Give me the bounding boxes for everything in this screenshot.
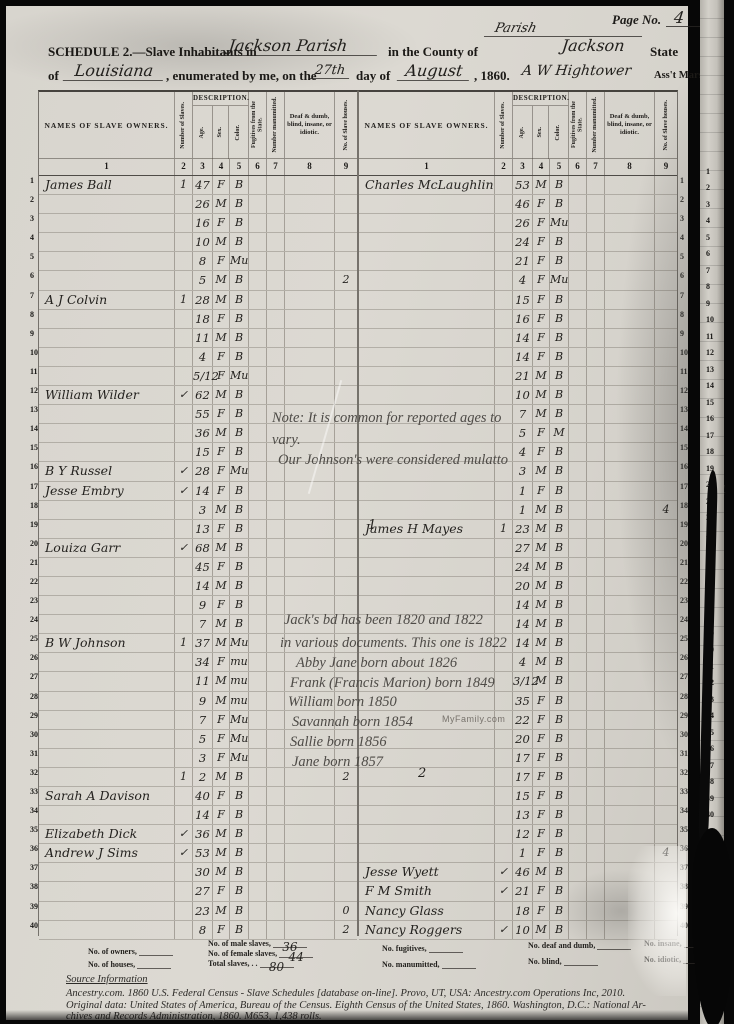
owner-name-cell (39, 615, 175, 633)
age-cell: 62 (193, 386, 213, 404)
total-dots: . . (252, 959, 258, 968)
owner-name-cell (359, 386, 495, 404)
manumitted-cell (267, 844, 285, 862)
right-table-row: 46FB (359, 195, 677, 214)
slave-count-cell (495, 844, 513, 862)
color-cell: B (550, 596, 569, 614)
owner-name-cell: William Wilder (39, 386, 175, 404)
census-scan-viewer: { "header": { "page_no_label": "Page No.… (0, 0, 734, 1024)
manumitted-cell (267, 252, 285, 270)
manumitted-cell (267, 921, 285, 939)
fugitives-cell (569, 482, 587, 500)
age-cell: 55 (193, 405, 213, 423)
deaf-dumb-cell (605, 405, 655, 423)
left-table-row: James Ball147FB (39, 176, 357, 195)
row-number: 15 (678, 439, 686, 458)
age-cell: 14 (193, 482, 213, 500)
color-cell: B (550, 176, 569, 194)
owner-name-cell (39, 443, 175, 461)
row-number: 39 (30, 898, 38, 917)
annotation-note-line3: Our Johnson's were considered mulatto (278, 452, 508, 469)
right-table-row: 21MB (359, 367, 677, 386)
left-table-row: 5/12FMu (39, 367, 357, 386)
owners-houses-group: No. of owners, No. of houses, (88, 946, 173, 972)
slave-houses-cell (335, 233, 357, 251)
sex-cell: M (213, 615, 230, 633)
slave-count-cell (175, 252, 193, 270)
deaf-dumb-cell (605, 615, 655, 633)
sex-cell: F (213, 711, 230, 729)
column-numbers-right: 123456789 (359, 158, 677, 176)
slave-count-cell (495, 176, 513, 194)
manumitted-cell (267, 501, 285, 519)
edge-row-number: 7 (706, 266, 710, 275)
slave-houses-cell (655, 558, 677, 576)
slave-houses-cell (655, 539, 677, 557)
right-table-row: 15FB (359, 291, 677, 310)
annotation-birth: William born 1850 (288, 694, 397, 711)
manumitted-cell (267, 558, 285, 576)
color-cell: B (550, 291, 569, 309)
row-number: 34 (678, 802, 686, 821)
sex-cell: F (213, 787, 230, 805)
slave-houses-cell (655, 787, 677, 805)
manumitted-cell (587, 634, 605, 652)
sex-cell: F (533, 692, 550, 710)
slave-houses-cell (655, 176, 677, 194)
age-cell: 7 (193, 615, 213, 633)
color-cell: B (230, 482, 249, 500)
deaf-dumb-cell (285, 329, 335, 347)
manumitted-cell (587, 558, 605, 576)
slave-count-cell (495, 825, 513, 843)
deaf-dumb-header-cell: Deaf & dumb, blind, insane, or idiotic. (285, 92, 335, 158)
page-no-value: 4 (673, 8, 686, 27)
slave-count-cell (495, 214, 513, 232)
slave-houses-cell (655, 634, 677, 652)
right-table-row: 13FB (359, 806, 677, 825)
row-number: 29 (678, 707, 686, 726)
slave-houses-cell (335, 310, 357, 328)
age-cell: 53 (193, 844, 213, 862)
myfamily-watermark: MyFamily.com (442, 714, 505, 724)
manumitted-cell (267, 233, 285, 251)
color-cell: mu (230, 653, 249, 671)
row-number: 19 (678, 516, 686, 535)
fugitives-cell (249, 882, 267, 900)
deaf-dumb-cell (285, 863, 335, 881)
fugitives-cell (569, 539, 587, 557)
owner-name-cell (39, 252, 175, 270)
sex-header-cell: Sex. (533, 106, 550, 159)
slave-houses-cell (335, 501, 357, 519)
color-cell: B (230, 787, 249, 805)
column-number: 6 (249, 159, 267, 175)
age-cell: 46 (513, 863, 533, 881)
row-number: 32 (678, 764, 686, 783)
slave-count-cell (175, 405, 193, 423)
age-cell: 20 (513, 577, 533, 595)
manumitted-cell (267, 730, 285, 748)
owner-name-cell: F M Smith (359, 882, 495, 900)
right-table-row: 14FB (359, 348, 677, 367)
slave-houses-cell (335, 291, 357, 309)
row-number: 16 (678, 458, 686, 477)
sex-cell: F (213, 806, 230, 824)
age-cell: 3/12 (513, 672, 533, 690)
age-cell: 13 (193, 520, 213, 538)
age-cell: 14 (193, 577, 213, 595)
deaf-dumb-cell (605, 749, 655, 767)
deaf-dumb-cell (605, 386, 655, 404)
edge-row-number: 6 (706, 249, 710, 258)
color-cell: B (550, 825, 569, 843)
column-number: 8 (605, 159, 655, 175)
age-cell: 36 (193, 825, 213, 843)
slave-count-cell (175, 520, 193, 538)
color-cell: B (550, 921, 569, 939)
color-cell: B (550, 882, 569, 900)
manumitted-cell (587, 405, 605, 423)
row-number: 24 (30, 611, 38, 630)
row-number: 13 (678, 401, 686, 420)
sex-cell: M (533, 653, 550, 671)
sex-cell: F (213, 310, 230, 328)
slave-houses-cell (655, 692, 677, 710)
slave-count-cell (495, 653, 513, 671)
age-cell: 21 (513, 882, 533, 900)
slave-houses-cell (655, 291, 677, 309)
color-cell: B (550, 252, 569, 270)
sex-cell: F (533, 291, 550, 309)
slave-count-cell (175, 596, 193, 614)
left-table-row: 8FMu (39, 252, 357, 271)
deaf-blind-group: No. deaf and dumb, No. blind, (528, 940, 631, 969)
owner-name-cell (359, 195, 495, 213)
slave-count-cell (495, 577, 513, 595)
deaf-dumb-cell (285, 921, 335, 939)
manumitted-cell (587, 367, 605, 385)
page-curl-highlight (628, 846, 686, 996)
fugitives-cell (569, 405, 587, 423)
column-number: 7 (587, 159, 605, 175)
row-number: 9 (30, 325, 38, 344)
column-number: 5 (230, 159, 249, 175)
fugitives-cell (569, 768, 587, 786)
left-table-row: 14FB (39, 806, 357, 825)
slave-count-cell (175, 367, 193, 385)
right-table-row: 17FB (359, 749, 677, 768)
row-number: 18 (30, 497, 38, 516)
deaf-dumb-cell (285, 501, 335, 519)
owner-name-cell (359, 271, 495, 289)
table-header-left: NAMES OF SLAVE OWNERS. Number of Slaves.… (39, 92, 357, 158)
sex-cell: M (213, 863, 230, 881)
annotation-jack-line2: in various documents. This one is 1822 (280, 635, 507, 652)
day-of-label: day of (356, 68, 390, 84)
deaf-dumb-cell (285, 787, 335, 805)
sex-cell: M (533, 462, 550, 480)
row-number: 2 (30, 191, 38, 210)
row-number: 35 (30, 821, 38, 840)
row-number: 1 (30, 172, 38, 191)
manumitted-cell (267, 711, 285, 729)
fugitives-cell (569, 520, 587, 538)
column-number: 9 (655, 159, 677, 175)
owner-name-cell (359, 787, 495, 805)
slave-houses-cell (655, 386, 677, 404)
slave-houses-cell (655, 271, 677, 289)
left-table-row: 30MB (39, 863, 357, 882)
table-header-right: NAMES OF SLAVE OWNERS. Number of Slaves.… (359, 92, 677, 158)
right-table-row: 35FB (359, 692, 677, 711)
houses-label: No. of houses, (88, 960, 135, 969)
slave-count-cell: ✓ (175, 386, 193, 404)
slave-houses-header-cell: No. of Slave houses. (655, 92, 677, 158)
slave-count-cell (175, 443, 193, 461)
manumitted-cell (587, 252, 605, 270)
slave-count-cell (175, 711, 193, 729)
age-cell: 4 (513, 653, 533, 671)
table-body-left: James Ball147FB26MB16FB10MB8FMu5MB2A J C… (39, 176, 357, 940)
manumitted-cell (587, 825, 605, 843)
slave-houses-cell (655, 348, 677, 366)
fugitives-cell (569, 367, 587, 385)
fugitives-cell (249, 844, 267, 862)
manumitted-cell (267, 863, 285, 881)
slave-houses-cell (655, 482, 677, 500)
deaf-dumb-cell (285, 806, 335, 824)
left-table-row: 4FB (39, 348, 357, 367)
fugitives-cell (569, 348, 587, 366)
fugitives-cell (569, 882, 587, 900)
slave-count-cell (495, 310, 513, 328)
slave-count-cell: ✓ (495, 863, 513, 881)
row-number: 19 (30, 516, 38, 535)
owner-name-cell (359, 291, 495, 309)
owner-name-cell (39, 882, 175, 900)
age-cell: 68 (193, 539, 213, 557)
age-cell: 16 (513, 310, 533, 328)
fugitives-cell (569, 501, 587, 519)
fugitives-cell (249, 863, 267, 881)
deaf-dumb-cell (605, 443, 655, 461)
fugitives-cell (249, 749, 267, 767)
age-cell: 7 (513, 405, 533, 423)
slave-houses-cell (335, 844, 357, 862)
column-number: 9 (335, 159, 357, 175)
sex-cell: M (533, 367, 550, 385)
sex-cell: F (533, 271, 550, 289)
slave-houses-cell (335, 558, 357, 576)
age-cell: 27 (193, 882, 213, 900)
sex-cell: M (213, 386, 230, 404)
names-header-cell: NAMES OF SLAVE OWNERS. (359, 92, 495, 158)
row-number: 30 (678, 726, 686, 745)
right-table-row: 14FB (359, 329, 677, 348)
age-cell: 5/12 (193, 367, 213, 385)
fugitives-cell (569, 844, 587, 862)
manumitted-cell (587, 386, 605, 404)
owner-name-cell (39, 749, 175, 767)
color-cell: B (230, 806, 249, 824)
fugitives-cell (249, 386, 267, 404)
deaf-dumb-cell (285, 386, 335, 404)
owner-name-cell (359, 310, 495, 328)
annotation-note-line1: Note: It is common for reported ages to (272, 410, 501, 427)
deaf-dumb-header-cell: Deaf & dumb, blind, insane, or idiotic. (605, 92, 655, 158)
manumitted-cell (587, 462, 605, 480)
color-cell: B (550, 501, 569, 519)
age-cell: 9 (193, 692, 213, 710)
sex-cell: M (533, 596, 550, 614)
slave-count-cell (175, 501, 193, 519)
slave-count-cell (495, 482, 513, 500)
sex-cell: F (533, 787, 550, 805)
deaf-dumb-cell (285, 844, 335, 862)
age-cell: 24 (513, 233, 533, 251)
row-number: 21 (678, 554, 686, 573)
left-table-row: 18FB (39, 310, 357, 329)
sex-cell: M (533, 615, 550, 633)
page-number-block: Page No. 4 (6, 8, 688, 30)
sex-cell: F (533, 730, 550, 748)
row-number: 23 (678, 592, 686, 611)
color-cell: B (550, 577, 569, 595)
fugitives-cell (569, 214, 587, 232)
color-header-cell: Color. (549, 106, 568, 159)
fugitives-cell (569, 310, 587, 328)
number-of-slaves-header-cell: Number of Slaves. (495, 92, 513, 158)
year-label: , 1860. (474, 68, 510, 84)
slave-count-cell (175, 310, 193, 328)
slave-count-cell (175, 653, 193, 671)
sex-cell: M (533, 520, 550, 538)
slave-count-cell: ✓ (175, 539, 193, 557)
sex-cell: F (213, 882, 230, 900)
row-number: 10 (30, 344, 38, 363)
deaf-dumb-cell (605, 424, 655, 442)
age-cell: 14 (513, 596, 533, 614)
owner-name-cell: James H Mayes (359, 520, 495, 538)
owner-name-cell (359, 482, 495, 500)
deaf-dumb-cell (285, 558, 335, 576)
fugitives-cell (569, 653, 587, 671)
edge-row-number: 2 (706, 183, 710, 192)
owner-name-cell (39, 902, 175, 920)
slave-houses-cell (335, 252, 357, 270)
color-cell: B (230, 214, 249, 232)
slave-houses-cell (335, 367, 357, 385)
female-slaves-label: No. of female slaves, (208, 949, 277, 958)
handwritten-mark: 2 (418, 766, 426, 781)
owner-name-cell: Louiza Garr (39, 539, 175, 557)
row-number: 20 (678, 535, 686, 554)
deaf-dumb-cell (605, 462, 655, 480)
fugitives-cell (249, 653, 267, 671)
slave-count-cell (495, 806, 513, 824)
deaf-dumb-cell (285, 348, 335, 366)
sex-cell: F (213, 730, 230, 748)
owner-name-cell: Charles McLaughlin (359, 176, 495, 194)
color-cell: Mu (230, 462, 249, 480)
sex-cell: M (533, 863, 550, 881)
fugitives-cell (569, 195, 587, 213)
sex-cell: M (213, 271, 230, 289)
fugitives-cell (569, 711, 587, 729)
manumitted-cell (267, 176, 285, 194)
owner-name-cell (359, 367, 495, 385)
row-number: 22 (30, 573, 38, 592)
left-table-row: 26MB (39, 195, 357, 214)
slave-count-cell (175, 348, 193, 366)
fugitives-cell (569, 921, 587, 939)
sex-cell: M (213, 233, 230, 251)
sex-cell: M (213, 539, 230, 557)
deaf-dumb-cell (605, 271, 655, 289)
right-table-row: 1FB (359, 482, 677, 501)
slave-count-cell (495, 692, 513, 710)
sex-cell: F (213, 653, 230, 671)
slave-count-cell: 1 (175, 291, 193, 309)
age-cell: 2 (193, 768, 213, 786)
color-cell: B (550, 520, 569, 538)
color-cell: B (230, 596, 249, 614)
scanned-census-page: Page No. 4 SCHEDULE 2.—Slave Inhabitants… (6, 6, 688, 1020)
age-cell: 20 (513, 730, 533, 748)
left-table-row: Elizabeth Dick✓36MB (39, 825, 357, 844)
age-cell: 13 (513, 806, 533, 824)
age-cell: 10 (513, 921, 533, 939)
age-cell: 27 (513, 539, 533, 557)
slave-count-cell (495, 672, 513, 690)
manumitted-cell (587, 233, 605, 251)
sex-cell: M (213, 291, 230, 309)
color-cell: B (550, 749, 569, 767)
fugitives-cell (249, 902, 267, 920)
left-table-row: 16FB (39, 214, 357, 233)
number-of-slaves-header-cell: Number of Slaves. (175, 92, 193, 158)
slave-houses-cell (655, 310, 677, 328)
fugitives-cell (569, 386, 587, 404)
slave-count-cell: ✓ (175, 844, 193, 862)
slave-count-cell: ✓ (175, 825, 193, 843)
manumitted-cell (587, 310, 605, 328)
row-number: 14 (678, 420, 686, 439)
slave-houses-cell (655, 329, 677, 347)
color-cell: B (550, 329, 569, 347)
slave-houses-cell (655, 195, 677, 213)
owner-name-cell (39, 768, 175, 786)
color-cell: B (230, 348, 249, 366)
manumitted-label: No. manumitted, (382, 960, 440, 969)
manumitted-cell (267, 806, 285, 824)
row-number: 36 (30, 840, 38, 859)
slave-houses-cell (335, 882, 357, 900)
table-right-half: NAMES OF SLAVE OWNERS. Number of Slaves.… (358, 90, 678, 936)
fugitives-cell (249, 501, 267, 519)
left-table-row: 14MB (39, 577, 357, 596)
manumitted-cell (267, 291, 285, 309)
left-table-row: 10MB (39, 233, 357, 252)
fugitives-cell (249, 692, 267, 710)
color-cell: B (230, 176, 249, 194)
fugitives-cell (249, 214, 267, 232)
manumitted-cell (267, 825, 285, 843)
slave-houses-cell (655, 596, 677, 614)
slave-count-cell (495, 271, 513, 289)
manumitted-header-cell: Number manumitted. (267, 92, 285, 158)
